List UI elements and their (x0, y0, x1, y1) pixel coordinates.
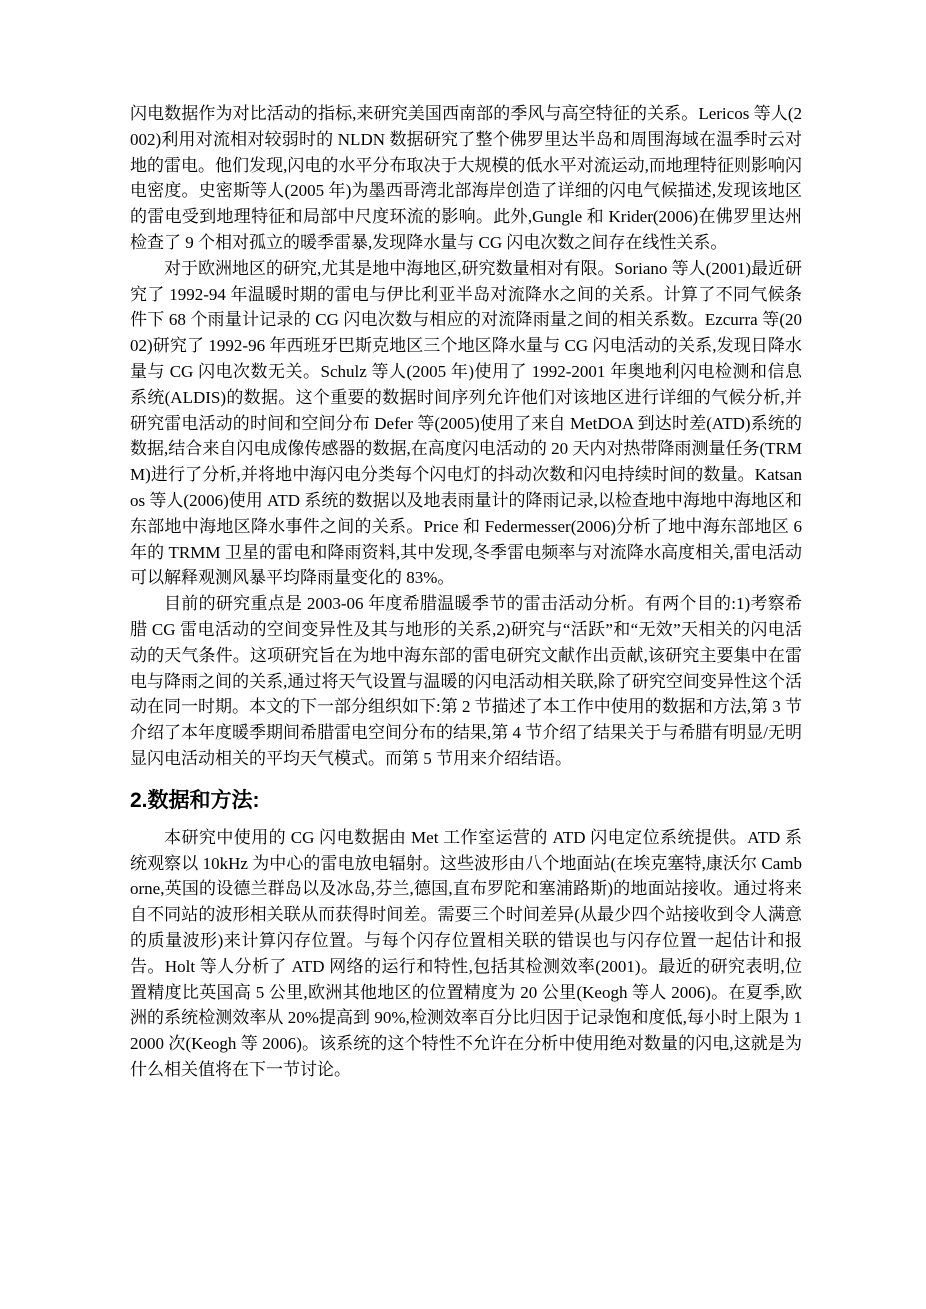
document-content: 闪电数据作为对比活动的指标,来研究美国西南部的季风与高空特征的关系。Lerico… (130, 101, 802, 1083)
document-page: 闪电数据作为对比活动的指标,来研究美国西南部的季风与高空特征的关系。Lerico… (0, 0, 926, 1309)
body-paragraph-2: 对于欧洲地区的研究,尤其是地中海地区,研究数量相对有限。Soriano 等人(2… (130, 256, 802, 591)
section-heading-data-and-methods: 2.数据和方法: (130, 786, 802, 816)
body-paragraph-4: 本研究中使用的 CG 闪电数据由 Met 工作室运营的 ATD 闪电定位系统提供… (130, 825, 802, 1083)
body-paragraph-1: 闪电数据作为对比活动的指标,来研究美国西南部的季风与高空特征的关系。Lerico… (130, 101, 802, 256)
body-paragraph-3: 目前的研究重点是 2003-06 年度希腊温暖季节的雷击活动分析。有两个目的:1… (130, 591, 802, 772)
